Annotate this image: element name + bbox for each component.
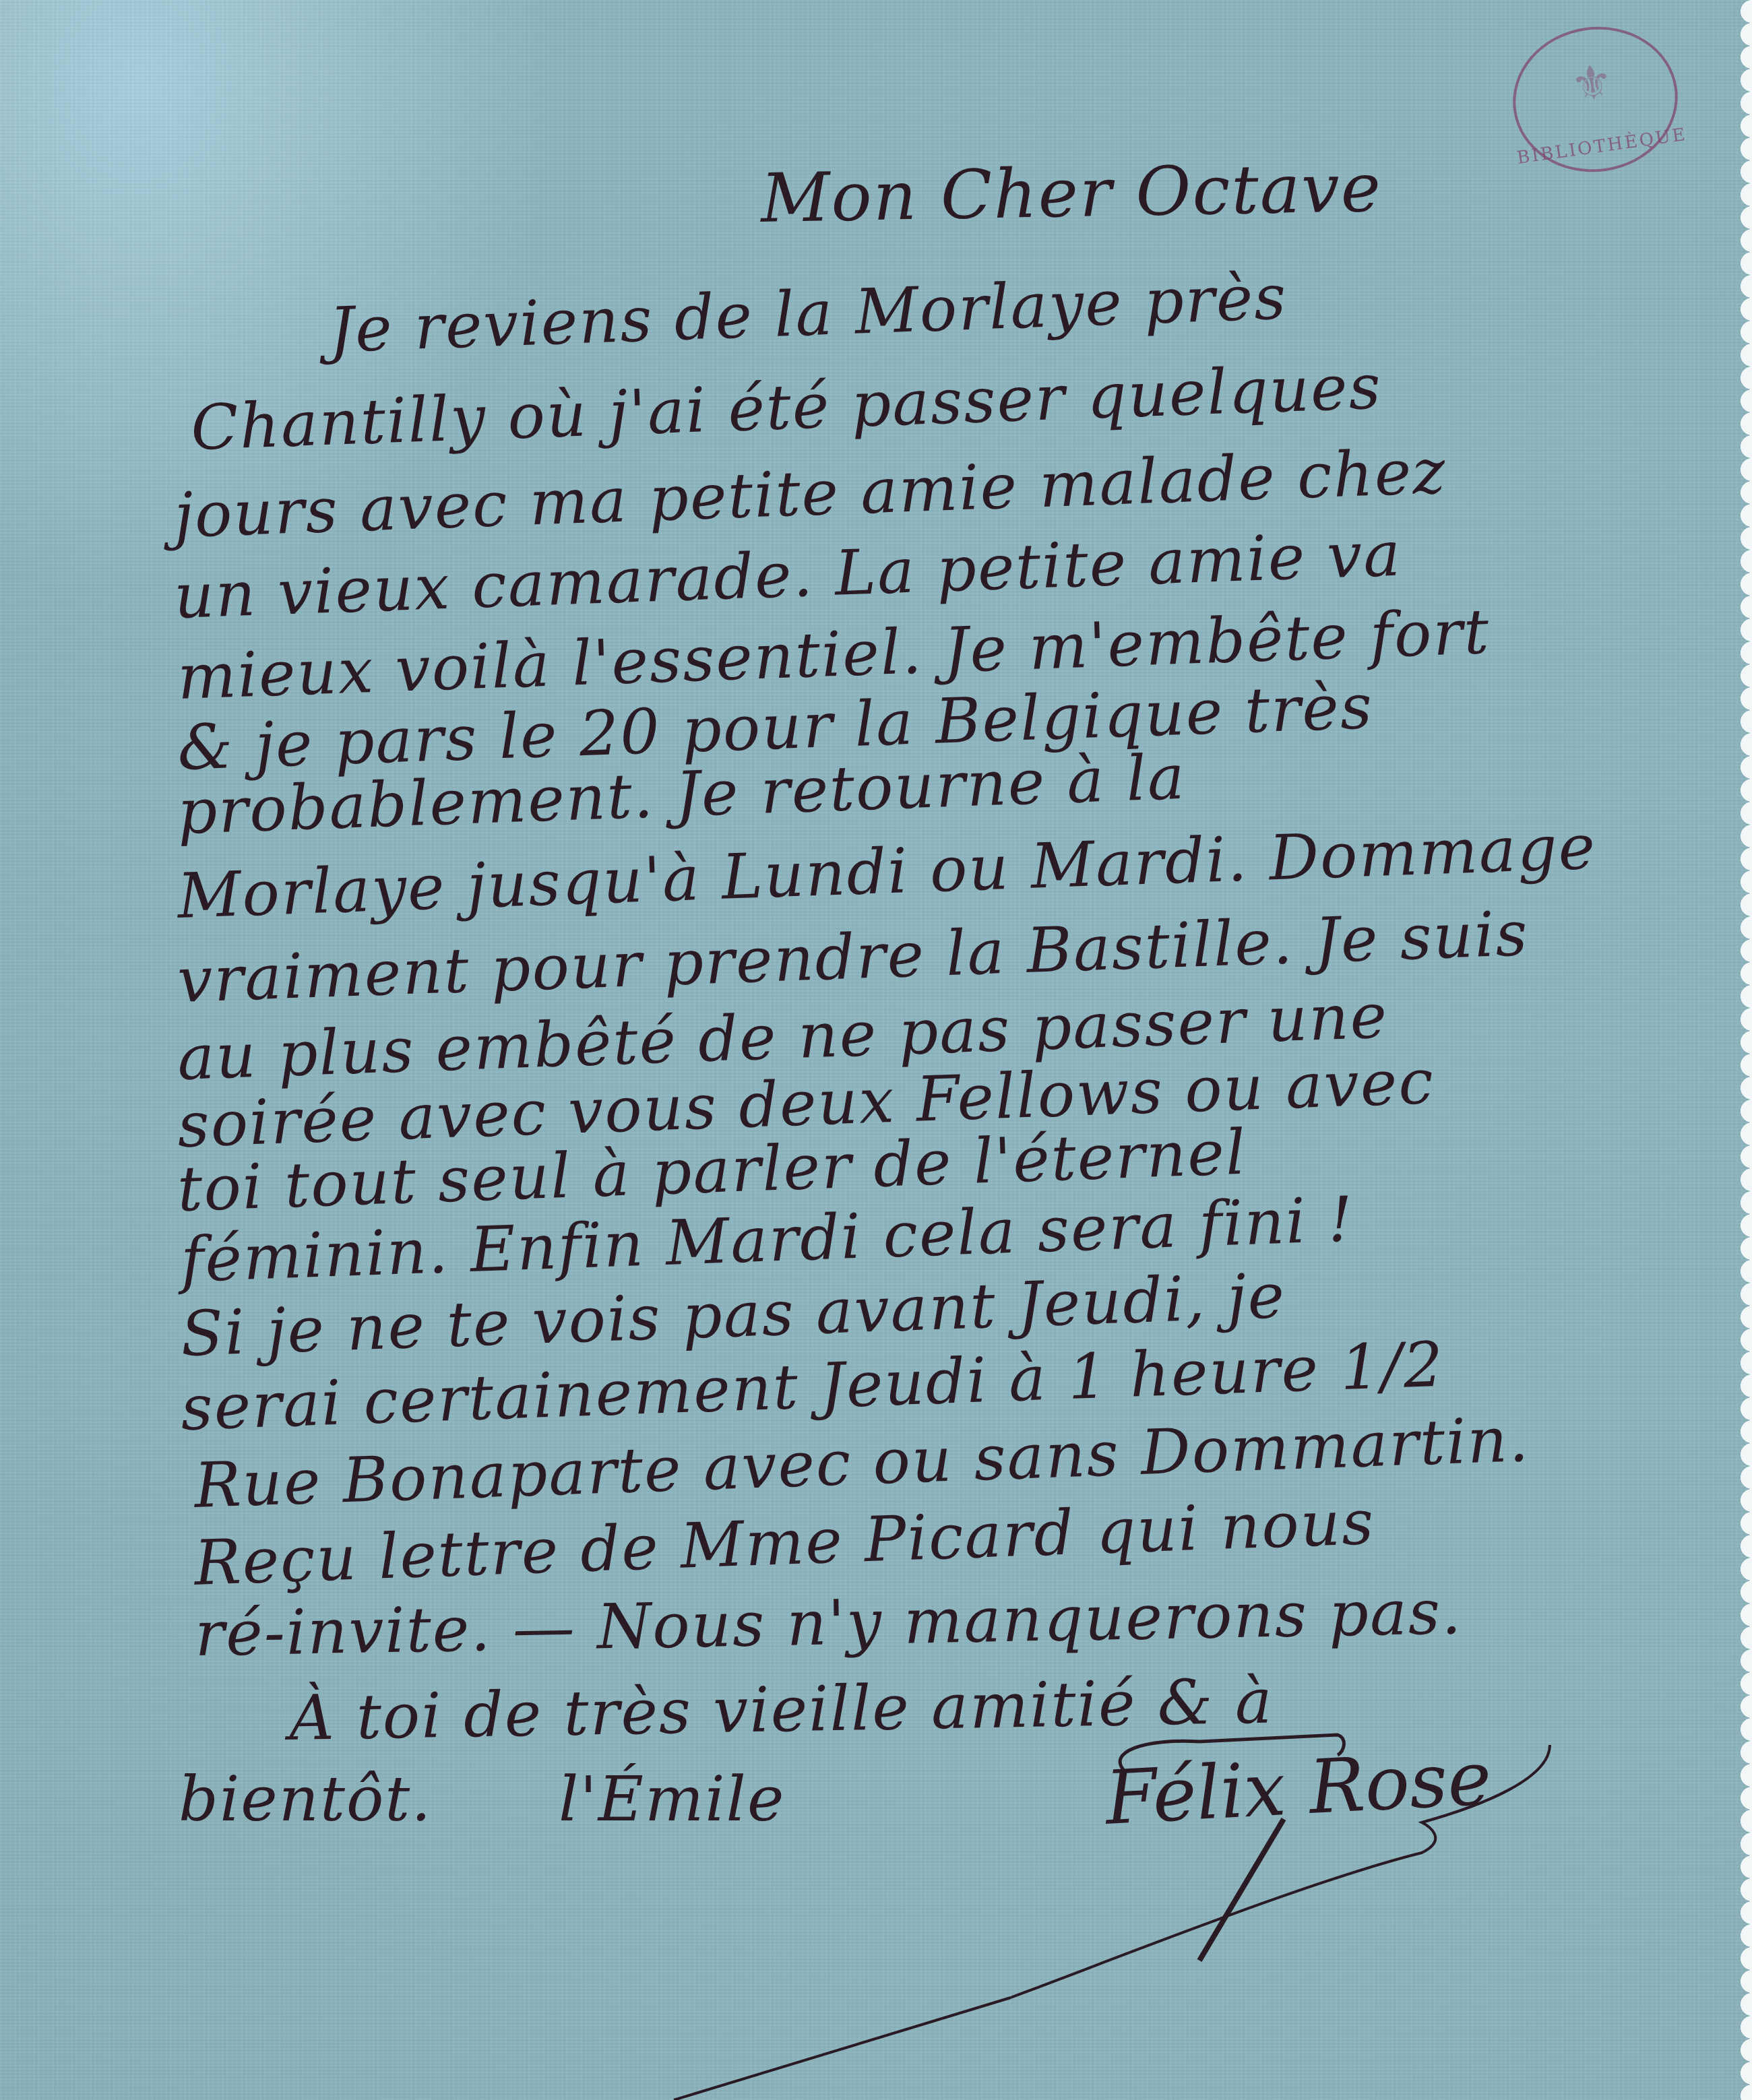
signature: Félix Rose: [1103, 1735, 1493, 1841]
letter-content: Mon Cher Octave Je reviens de la Morlaye…: [0, 0, 1752, 2100]
body-line: Je reviens de la Morlaye près: [328, 266, 1288, 362]
body-line: ré-invite. — Nous n'y manquerons pas.: [194, 1581, 1463, 1665]
closing-line: À toi de très vieille amitié & à: [288, 1671, 1274, 1750]
salutation: Mon Cher Octave: [760, 154, 1383, 232]
closing-line: bientôt. l'Émile: [179, 1769, 785, 1831]
